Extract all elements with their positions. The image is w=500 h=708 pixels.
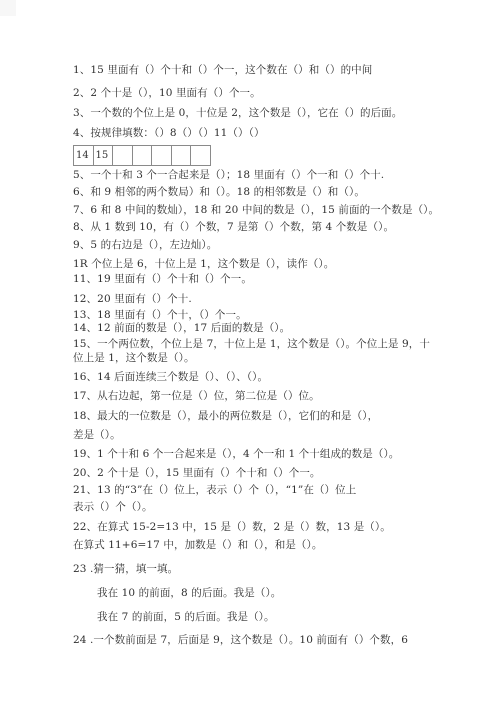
- sequence-cell[interactable]: [191, 146, 211, 166]
- question-5: 5、一个十和 3 个一合起来是（）；18 里面有（）个一和（）个十.: [73, 169, 384, 182]
- question-13: 13、18 里面有（）个十，（）个一。: [73, 309, 247, 322]
- question-17: 17、从右边起，第一位是（）位，第二位是（）位。: [73, 390, 320, 403]
- sequence-cell[interactable]: [152, 146, 172, 166]
- question-2: 2、2 个十是（），10 里面有（）个一。: [73, 87, 261, 100]
- question-24: 24 .一个数前面是 7，后面是 9，这个数是（）。10 前面有（）个数，6: [73, 634, 408, 647]
- question-15-line-2: 位上是 1，这个数是（）。: [73, 352, 195, 365]
- question-21-line-2: 表示（）个（）。: [73, 501, 153, 514]
- question-11: 11、19 里面有（）个十和（）个一。: [73, 273, 252, 286]
- sequence-cell[interactable]: [113, 146, 133, 166]
- scan-corner-artifact: [0, 0, 16, 16]
- question-3: 3、一个数的个位上是 0，十位是 2，这个数是（），它在（）的后面。: [73, 107, 402, 120]
- question-23-riddle-2: 我在 7 的前面，5 的后面。我是（）。: [97, 611, 275, 624]
- question-22-line-2: 在算式 11+6=17 中，加数是（）和（），和是（）。: [73, 539, 322, 552]
- question-21-line-1: 21、13 的“3”在（）位上，表示（）个（），“1”在（）位上: [73, 484, 356, 497]
- question-15-line-1: 15、一个两位数，个位上是 7，十位上是 1，这个数是（）。个位上是 9，十: [73, 338, 430, 351]
- question-7: 7、6 和 8 中间的数灿），18 和 20 中间的数是（），15 前面的一个数…: [73, 204, 439, 217]
- question-6: 6、和 9 相邻的两个数局）和（）。18 的相邻数是（）和（）。: [73, 186, 365, 199]
- sequence-cell[interactable]: 14: [74, 146, 94, 166]
- question-22-line-1: 22、在算式 15-2=13 中，15 是（）数，2 是（）数，13 是（）。: [73, 521, 391, 534]
- question-19: 19、1 个十和 6 个一合起来是（），4 个一和 1 个十组成的数是（）。: [73, 448, 399, 461]
- question-18-line-1: 18、最大的一位数是（），最小的两位数是（），它们的和是（），: [73, 410, 378, 423]
- question-16: 16、14 后面连续三个数是（）、（）、（）。: [73, 371, 268, 384]
- question-8: 8、从 1 数到 10，有（）个数，7 是第（）个数，第 4 个数是（）。: [73, 221, 394, 234]
- sequence-cell[interactable]: [171, 146, 191, 166]
- question-10: 1R 个位上是 6，十位上是 1，这个数是（），读作（）。: [73, 258, 334, 271]
- question-18-line-2: 差是（）。: [73, 429, 121, 442]
- question-23-riddle-1: 我在 10 的前面，8 的后面。我是（）。: [97, 587, 281, 600]
- question-1: 1、15 里面有（）个十和（）个一，这个数在（）和（）的中间: [73, 64, 372, 77]
- sequence-cell[interactable]: [132, 146, 152, 166]
- sequence-table: 14 15: [73, 145, 211, 166]
- question-12: 12、20 里面有（）个十.: [73, 293, 192, 306]
- question-9: 9、5 的右边是（），左边灿）。: [73, 239, 217, 252]
- question-4: 4、按规律填数：（）8（）（）11（）（）: [73, 127, 265, 140]
- sequence-cell[interactable]: 15: [93, 146, 113, 166]
- question-20: 20、2 个十是（），15 里面有（）个十和（）个一。: [73, 467, 321, 480]
- question-14: 14、12 前面的数是（），17 后面的数是（）。: [73, 322, 290, 335]
- question-23: 23 .猜一猜，填一填。: [73, 563, 178, 576]
